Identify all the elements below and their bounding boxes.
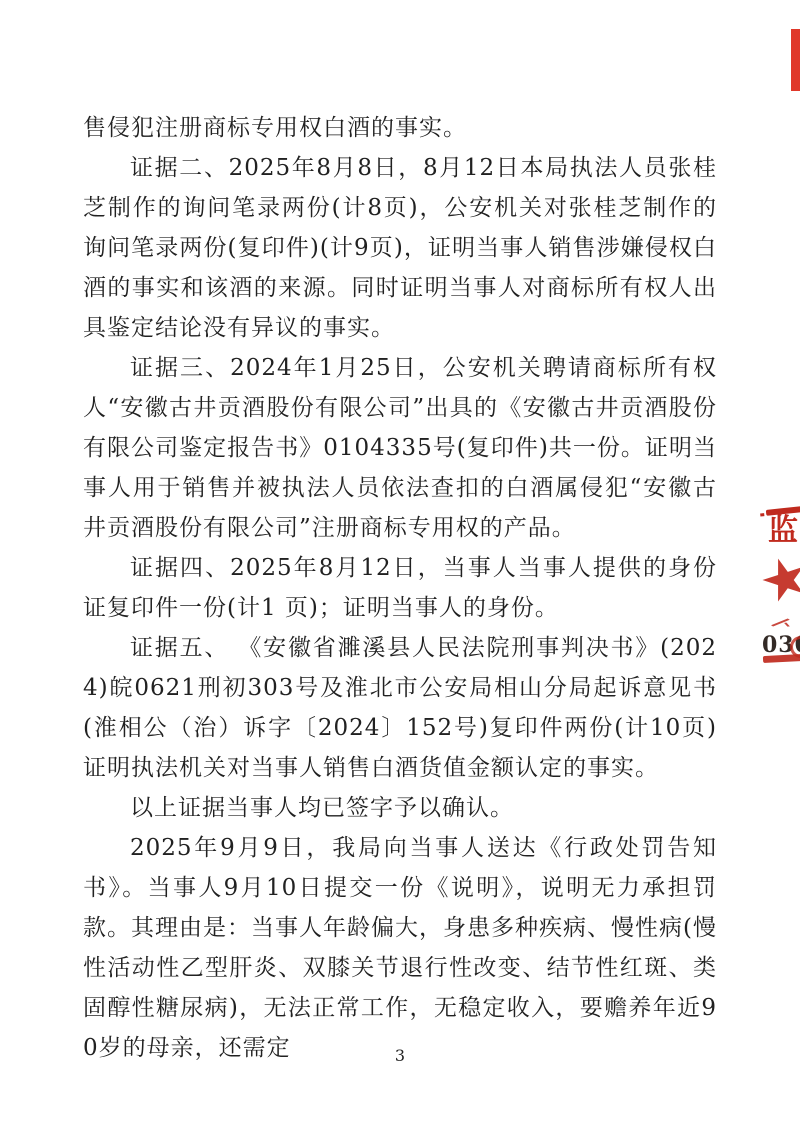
paragraph: 证据五、 《安徽省濉溪县人民法院刑事判决书》(2024)皖0621刑初303号及… <box>83 628 717 788</box>
seal-ink-mark <box>771 618 799 632</box>
paragraph: 证据三、2024年1月25日，公安机关聘请商标所有权人“安徽古井贡酒股份有限公司… <box>83 348 717 548</box>
paragraph: 证据四、2025年8月12日，当事人当事人提供的身份证复印件一份(计1 页)；证… <box>83 548 717 628</box>
star-icon: ★ <box>753 546 800 615</box>
paragraph: 以上证据当事人均已签字予以确认。 <box>83 788 717 828</box>
seal-underline <box>763 654 800 663</box>
paragraph: 证据二、2025年8月8日，8月12日本局执法人员张桂芝制作的询问笔录两份(计8… <box>83 148 717 348</box>
document-body: 售侵犯注册商标专用权白酒的事实。证据二、2025年8月8日，8月12日本局执法人… <box>83 108 717 1068</box>
document-page: 售侵犯注册商标专用权白酒的事实。证据二、2025年8月8日，8月12日本局执法人… <box>0 0 800 1132</box>
paragraph: 2025年9月9日，我局向当事人送达《行政处罚告知书》。当事人9月10日提交一份… <box>83 828 717 1068</box>
paragraph: 售侵犯注册商标专用权白酒的事实。 <box>83 108 717 148</box>
red-edge-mark <box>791 29 800 91</box>
page-number: 3 <box>0 1046 800 1065</box>
